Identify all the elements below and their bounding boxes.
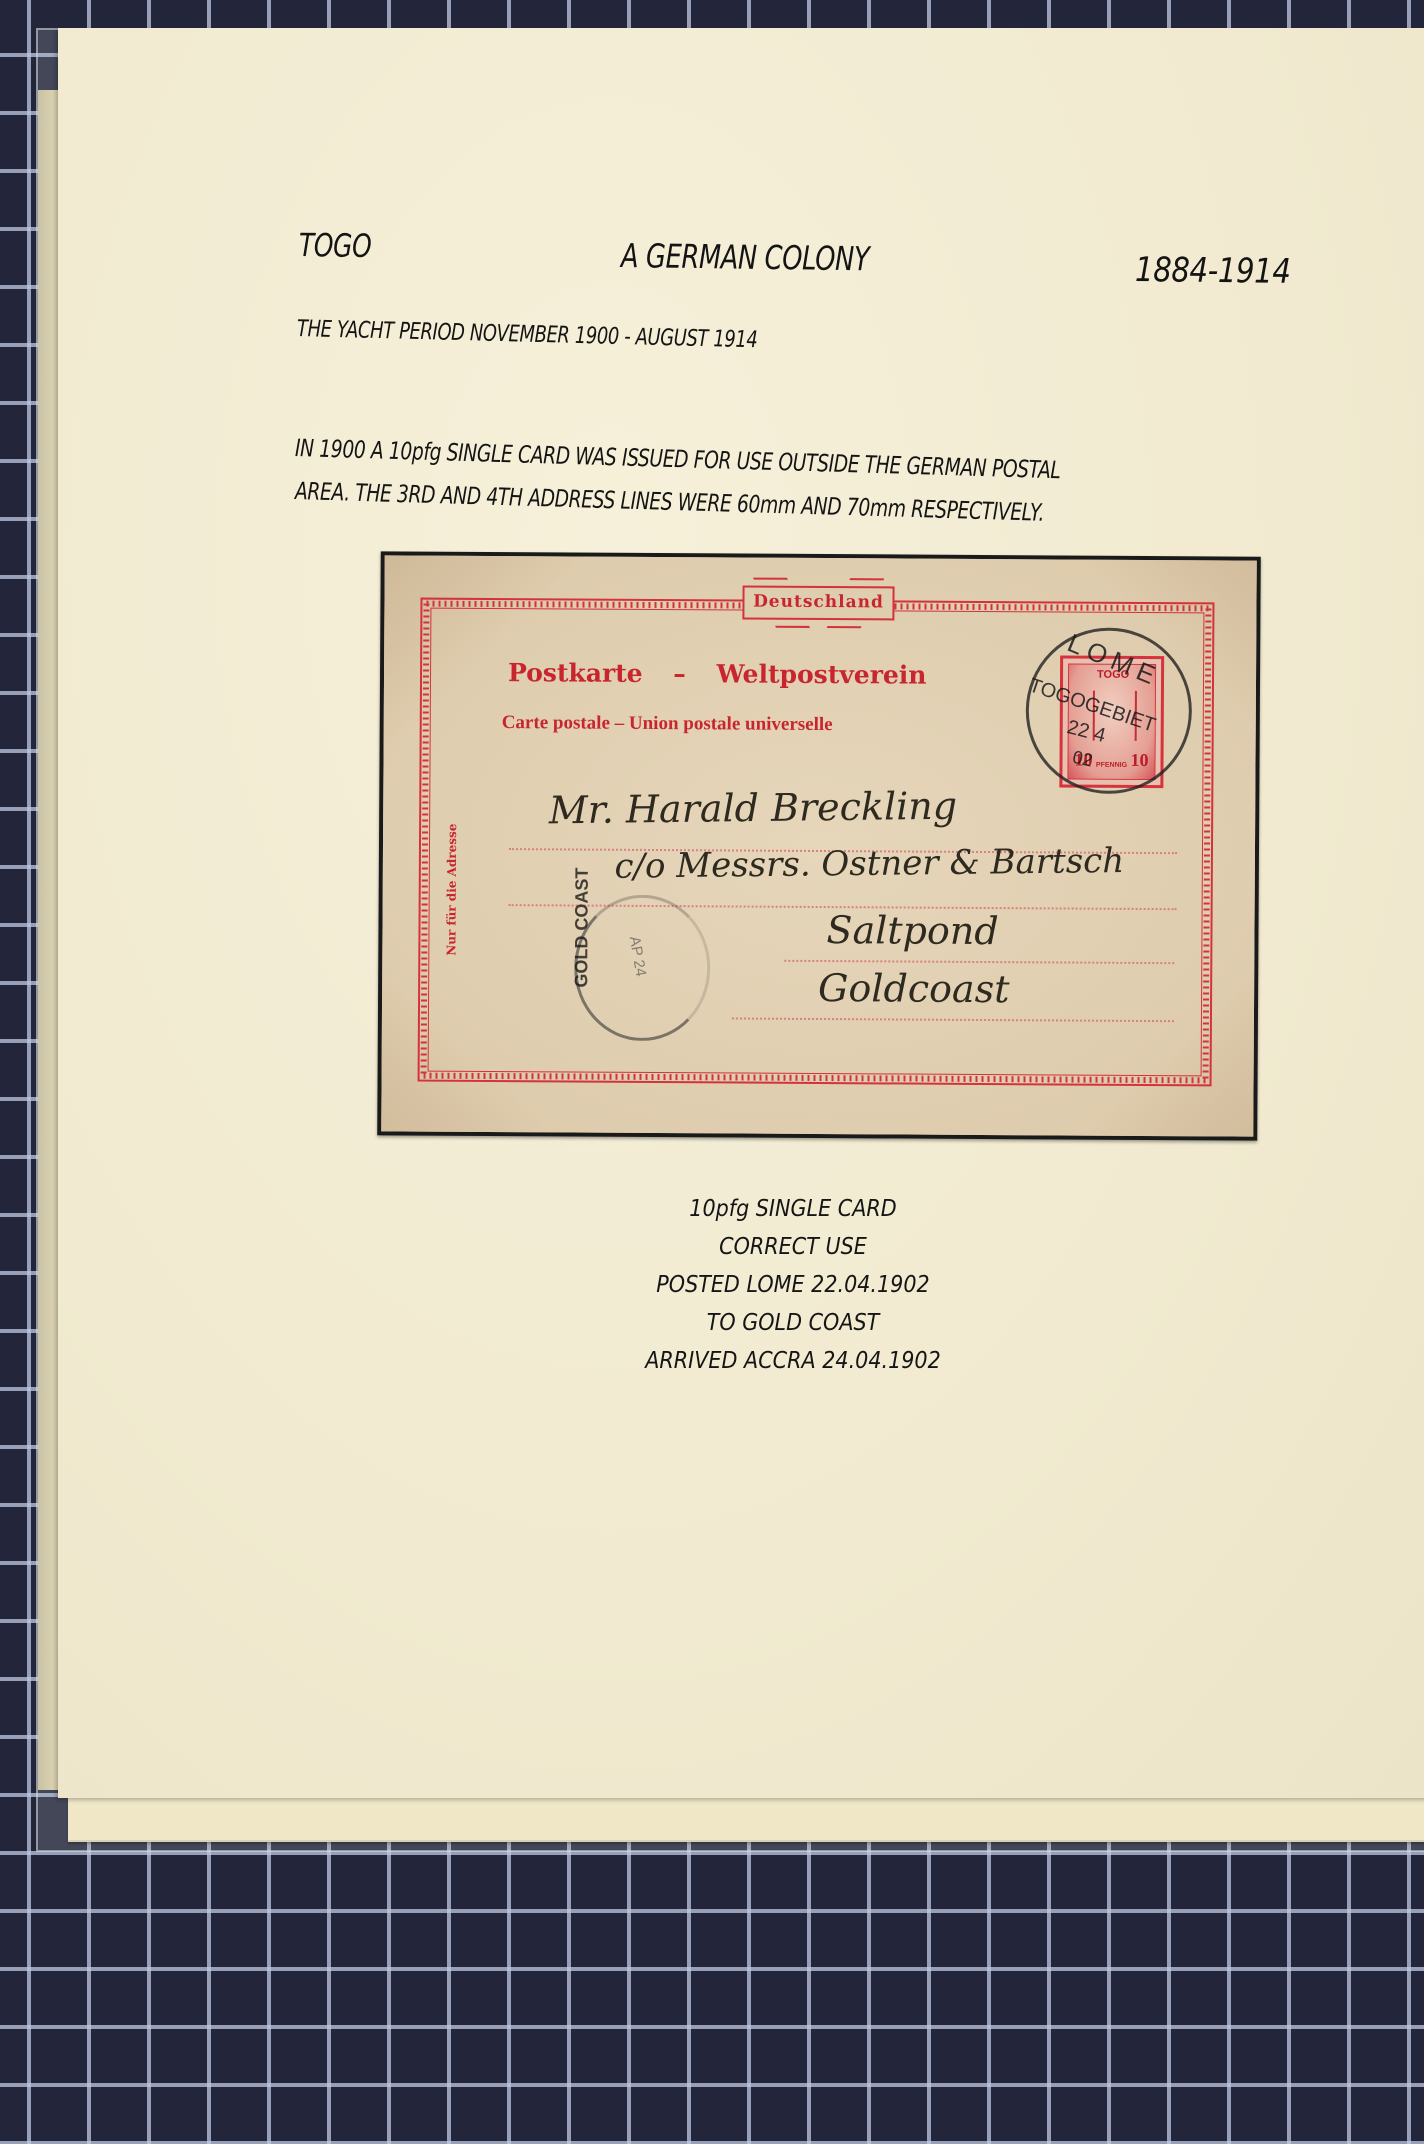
description-line-2: AREA. THE 3RD AND 4TH ADDRESS LINES WERE… <box>295 477 1045 527</box>
page-subtitle: THE YACHT PERIOD NOVEMBER 1900 - AUGUST … <box>297 316 758 353</box>
address-recipient: Mr. Harald Breckling <box>549 784 958 833</box>
address-side-label: Nur für die Adresse <box>444 824 459 956</box>
title-weltpostverein: Weltpostverein <box>716 659 926 689</box>
caption-line-1: 10pfg SINGLE CARD <box>618 1190 969 1228</box>
caption-line-5: ARRIVED ACCRA 24.04.1902 <box>618 1342 969 1380</box>
postmark-year: 02 <box>1071 747 1095 772</box>
album-page: TOGO A GERMAN COLONY 1884-1914 THE YACHT… <box>58 28 1424 1798</box>
header-title: A GERMAN COLONY <box>621 236 870 278</box>
postcard: Deutschland Postkarte – Weltpostverein C… <box>381 555 1257 1136</box>
header-years: 1884-1914 <box>1135 250 1291 292</box>
caption-line-4: TO GOLD COAST <box>618 1304 969 1342</box>
caption-line-2: CORRECT USE <box>618 1228 969 1266</box>
postcard-title-french: Carte postale – Union postale universell… <box>502 712 833 736</box>
postcard-title-german: Postkarte – Weltpostverein <box>508 658 927 690</box>
postcard-mount: Deutschland Postkarte – Weltpostverein C… <box>377 551 1261 1140</box>
accra-arrival-postmark: GOLD COAST AP 24 <box>574 895 711 1042</box>
title-postkarte: Postkarte <box>508 658 643 688</box>
arrival-postmark-text: GOLD COAST <box>571 867 593 987</box>
caption-line-3: POSTED LOME 22.04.1902 <box>618 1266 969 1304</box>
arrival-postmark-date: AP 24 <box>626 935 650 978</box>
deutschland-banner: Deutschland <box>742 586 894 621</box>
address-care-of: c/o Messrs. Ostner & Bartsch <box>614 841 1124 887</box>
title-separator: – <box>673 659 686 688</box>
lome-postmark: LOME TOGOGEBIET 22 4 02 <box>1025 627 1192 794</box>
address-country: Goldcoast <box>818 966 1010 1011</box>
header-country: TOGO <box>299 226 372 265</box>
address-town: Saltpond <box>826 908 998 953</box>
description-line-1: IN 1900 A 10pfg SINGLE CARD WAS ISSUED F… <box>295 434 1061 484</box>
postcard-caption: 10pfg SINGLE CARD CORRECT USE POSTED LOM… <box>618 1190 969 1380</box>
